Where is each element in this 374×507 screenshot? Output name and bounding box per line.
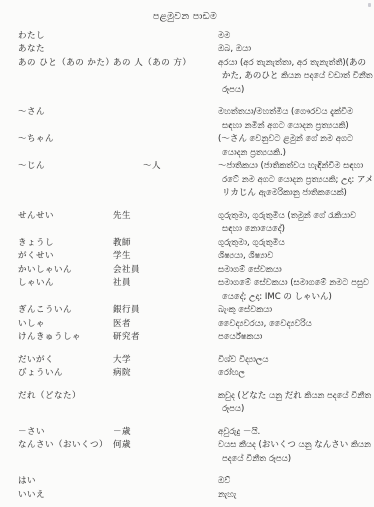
vocab-row: だれ（どなた） කවුද (どなた යනු だれ කියන පදයේ විනීත… [18,390,370,417]
vocab-row: ～ちゃん (～さん වෙනුවට ළමුන් ගේ නම අගට යොදන ප්… [18,133,370,160]
japanese-kanji: 大学 [113,354,218,368]
sinhala-meaning: විශ්ව විද්‍යාලය [218,354,374,368]
vocab-row: ぎんこういん 銀行員 බැංකු සේවකයා [18,304,370,318]
vocab-row: あなた ඔබ, ඔයා [18,43,370,57]
sinhala-meaning: ගුරුතුමා, ගුරුතුමිය [218,237,374,251]
vocab-row: かいしゃいん 会社員 සමාගම් සේවකයා [18,264,370,278]
sinhala-meaning: ගුරුතුමා, ගුරුතුමිය (තමුන් ගේ රැකියාව සඳ… [218,210,374,237]
japanese-kanji: 何歳 [113,439,218,453]
japanese-kana: しゃいん [18,277,113,291]
sinhala-meaning: නැහැ [218,489,374,503]
japanese-kana: いいえ [18,489,113,503]
japanese-kanji: あの 人（あの 方） [113,57,218,71]
sinhala-meaning: ශිෂ්‍යයා, ශිෂ්‍යාව [218,250,374,264]
japanese-kana: ～じん [18,160,113,174]
vocab-group-places: だいがく 大学 විශ්ව විද්‍යාලය びょういん 病院 රෝහල [18,354,370,381]
japanese-kana: あなた [18,43,113,57]
sinhala-meaning: රෝහල [218,367,374,381]
sinhala-meaning: පර්යේෂකයා [218,331,374,345]
vocab-group-age: －さい －歳 අවුරුදු －යි. なんさい（おいくつ） 何歳 වයස කී… [18,426,370,467]
vocab-row: わたし මම [18,30,370,44]
japanese-kanji: 会社員 [113,264,218,278]
vocab-row: がくせい 学生 ශිෂ්‍යයා, ශිෂ්‍යාව [18,250,370,264]
japanese-kanji: 研究者 [113,331,218,345]
japanese-kanji: 銀行員 [113,304,218,318]
vocab-row: はい ඔව් [18,475,370,489]
japanese-kanji: 医者 [113,318,218,332]
vocab-row: だいがく 大学 විශ්ව විද්‍යාලය [18,354,370,368]
document-page: පළමුවන පාඩම わたし මම あなた ඔබ, ඔයා あの ひと（あの … [0,0,374,507]
vocab-row: いいえ නැහැ [18,489,370,503]
sinhala-meaning: අරයා (අර තැනැත්තා, අර තැනැත්තී)(あの かた, あ… [218,57,374,98]
japanese-kana: あの ひと（あの かた） [18,57,113,71]
vocab-group-yes-no: はい ඔව් いいえ නැහැ [18,475,370,502]
japanese-kana: わたし [18,30,113,44]
japanese-kana: がくせい [18,250,113,264]
japanese-kana: はい [18,475,113,489]
scan-artifact [368,3,371,7]
japanese-kana: だれ（どなた） [18,390,113,404]
japanese-kana: だいがく [18,354,113,368]
japanese-kanji: 教師 [113,237,218,251]
sinhala-meaning: මම [218,30,374,44]
sinhala-meaning: සමාගමේ සේවකයා (සමාගමේ නමට පසුව යෙදේ; උදා… [218,277,374,304]
vocab-row: ～じん ～人 ～ජාතිකයා (ජාතිකත්වය හැඳින්වීම සඳහ… [18,160,370,201]
japanese-kana: びょういん [18,367,113,381]
sinhala-meaning: වෛද්‍යවරයා, වෛද්‍යවරිය [218,318,374,332]
sinhala-meaning: වයස කීයද (おいくつ යනු なんさい කියන පදයේ විනීත … [218,439,374,466]
vocab-group-pronouns: わたし මම あなた ඔබ, ඔයා あの ひと（あの かた） あの 人（あの … [18,30,370,98]
japanese-kana: ～ちゃん [18,133,113,147]
japanese-kana: ～さん [18,106,113,120]
vocab-row: しゃいん 社員 සමාගමේ සේවකයා (සමාගමේ නමට පසුව ය… [18,277,370,304]
japanese-kanji: 先生 [113,210,218,224]
japanese-kana: －さい [18,426,113,440]
japanese-kana: なんさい（おいくつ） [18,439,113,453]
page-title: පළමුවන පාඩම [18,10,352,24]
vocab-row: いしゃ 医者 වෛද්‍යවරයා, වෛද්‍යවරිය [18,318,370,332]
japanese-kana: ぎんこういん [18,304,113,318]
vocab-row: －さい －歳 අවුරුදු －යි. [18,426,370,440]
sinhala-meaning: ～ජාතිකයා (ජාතිකත්වය හැඳින්වීම සඳහා රටේ න… [218,160,374,201]
sinhala-meaning: සමාගම් සේවකයා [218,264,374,278]
vocab-row: せんせい 先生 ගුරුතුමා, ගුරුතුමිය (තමුන් ගේ රැ… [18,210,370,237]
japanese-kana: せんせい [18,210,113,224]
vocab-group-who: だれ（どなた） කවුද (どなた යනු だれ කියන පදයේ විනීත… [18,390,370,417]
japanese-kanji: －歳 [113,426,218,440]
japanese-kanji: ～人 [113,160,218,174]
vocab-group-suffixes: ～さん මහත්තයා/මහත්මිය (ගෞරවය දැක්වීම සඳහා … [18,106,370,201]
vocab-row: あの ひと（あの かた） あの 人（あの 方） අරයා (අර තැනැත්ත… [18,57,370,98]
japanese-kanji: 病院 [113,367,218,381]
japanese-kana: けんきゅうしゃ [18,331,113,345]
sinhala-meaning: ඔබ, ඔයා [218,43,374,57]
vocab-row: きょうし 教師 ගුරුතුමා, ගුරුතුමිය [18,237,370,251]
japanese-kana: きょうし [18,237,113,251]
japanese-kanji: 社員 [113,277,218,291]
sinhala-meaning: බැංකු සේවකයා [218,304,374,318]
vocab-row: けんきゅうしゃ 研究者 පර්යේෂකයා [18,331,370,345]
vocab-row: びょういん 病院 රෝහල [18,367,370,381]
vocab-group-occupations: せんせい 先生 ගුරුතුමා, ගුරුතුමිය (තමුන් ගේ රැ… [18,210,370,345]
sinhala-meaning: අවුරුදු －යි. [218,426,374,440]
vocab-row: ～さん මහත්තයා/මහත්මිය (ගෞරවය දැක්වීම සඳහා … [18,106,370,133]
japanese-kana: かいしゃいん [18,264,113,278]
sinhala-meaning: මහත්තයා/මහත්මිය (ගෞරවය දැක්වීම සඳහා නමින… [218,106,374,133]
japanese-kana: いしゃ [18,318,113,332]
sinhala-meaning: (～さん වෙනුවට ළමුන් ගේ නම අගට යොදන ප්‍රත්‍… [218,133,374,160]
sinhala-meaning: කවුද (どなた යනු だれ කියන පදයේ විනීත රූපය) [218,390,374,417]
japanese-kanji: 学生 [113,250,218,264]
vocab-row: なんさい（おいくつ） 何歳 වයස කීයද (おいくつ යනු なんさい කි… [18,439,370,466]
sinhala-meaning: ඔව් [218,475,374,489]
